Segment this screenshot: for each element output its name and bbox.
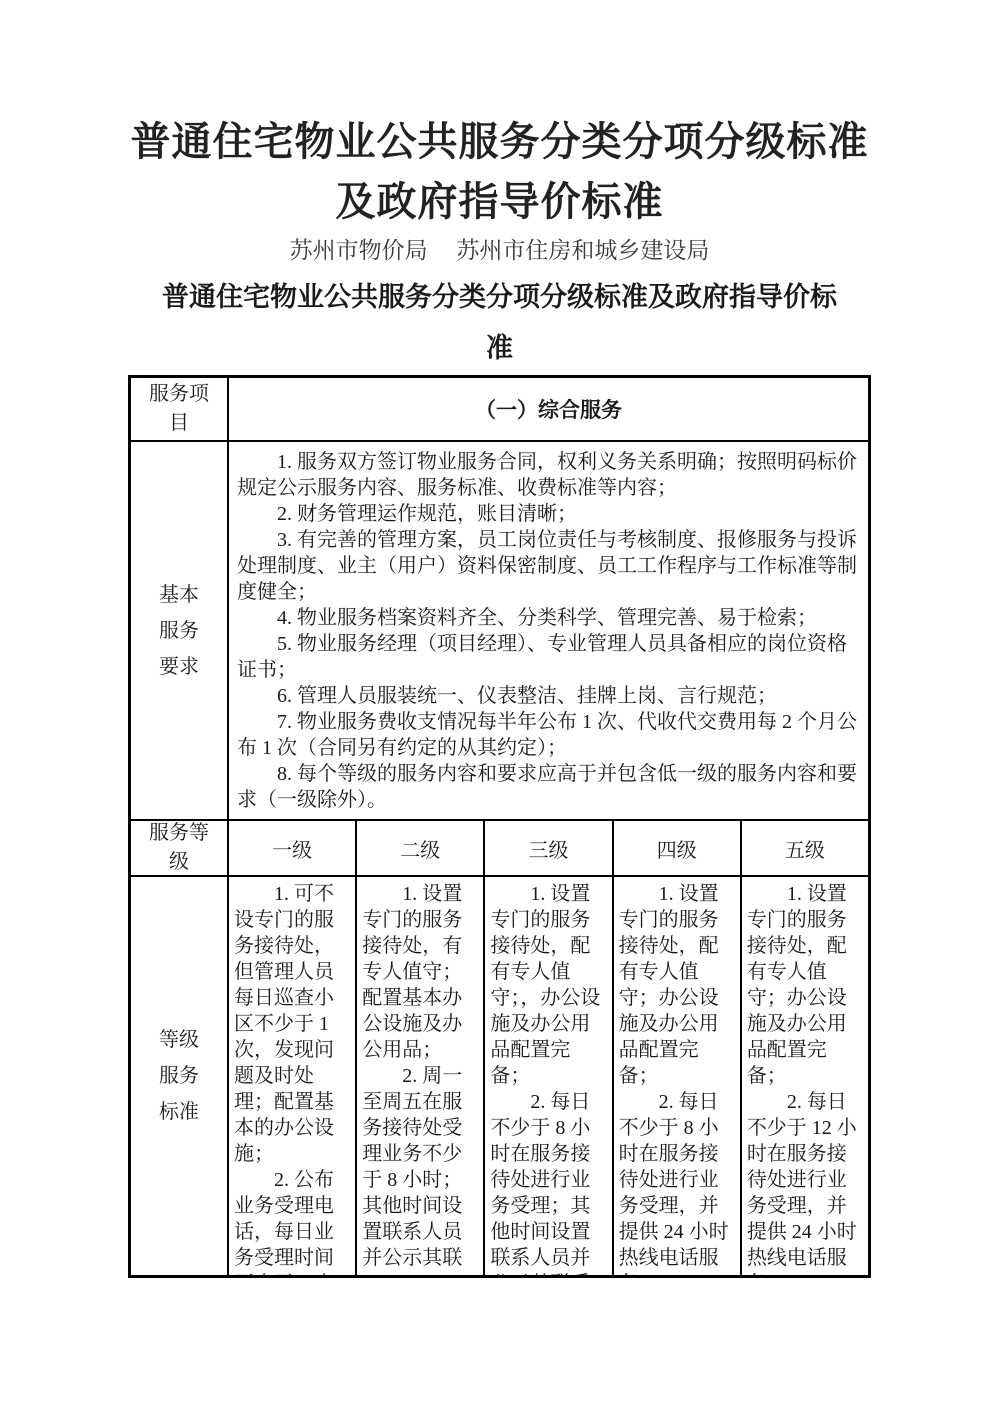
label-line: 标准	[159, 1094, 199, 1130]
level-header-5: 五级	[740, 821, 868, 875]
requirement-paragraph: 2. 财务管理运作规范，账目清晰；	[237, 501, 860, 527]
grade-standards-label: 等级 服务 标准	[131, 877, 227, 1275]
standard-paragraph: 1. 设置专门的服务接待处，配有专人值守；，办公设施及办公用品配置完备；	[490, 881, 606, 1089]
section-heading-line-1: 普通住宅物业公共服务分类分项分级标准及政府指导价标	[128, 272, 871, 323]
page-title: 普通住宅物业公共服务分类分项分级标准 及政府指导价标准	[128, 112, 871, 232]
grade-header-label: 服务等 级	[131, 821, 227, 875]
level-header-4: 四级	[612, 821, 740, 875]
label-line: 基本	[159, 577, 199, 613]
table-row-service-item: 服务项 目 （一）综合服务	[131, 378, 868, 440]
standard-paragraph: 2. 每日不少于 8 小时在服务接待处进行业务受理；其他时间设置联系人员并公示其…	[490, 1089, 606, 1275]
label-line: 服务等	[149, 819, 209, 848]
level-header-3: 三级	[483, 821, 611, 875]
table-row-grade-standards: 等级 服务 标准 1. 可不设专门的服务接待处，但管理人员每日巡查小区不少于 1…	[131, 875, 868, 1275]
standard-paragraph: 2. 公布业务受理电话，每日业务受理时间不少于 8 小	[234, 1167, 350, 1275]
level-header-2: 二级	[355, 821, 483, 875]
requirement-paragraph: 5. 物业服务经理（项目经理）、专业管理人员具备相应的岗位资格证书；	[237, 631, 860, 683]
standard-paragraph: 2. 每日不少于 12 小时在服务接待处进行业务受理，并提供 24 小时热线电话…	[747, 1089, 863, 1275]
standard-column-level-5: 1. 设置专门的服务接待处，配有专人值守；办公设施及办公用品配置完备； 2. 每…	[740, 877, 868, 1275]
standard-column-level-1: 1. 可不设专门的服务接待处，但管理人员每日巡查小区不少于 1 次，发现问题及时…	[227, 877, 355, 1275]
label-line: 级	[169, 848, 189, 877]
label-line: 服务项	[149, 380, 209, 409]
requirement-paragraph: 4. 物业服务档案资料齐全、分类科学、管理完善、易于检索；	[237, 605, 860, 631]
level-header-1: 一级	[227, 821, 355, 875]
issuing-agencies: 苏州市物价局 苏州市住房和城乡建设局	[128, 234, 871, 268]
standard-paragraph: 1. 设置专门的服务接待处，有专人值守；配置基本办公设施及办公用品；	[362, 881, 478, 1063]
standard-column-level-2: 1. 设置专门的服务接待处，有专人值守；配置基本办公设施及办公用品； 2. 周一…	[355, 877, 483, 1275]
standard-column-level-3: 1. 设置专门的服务接待处，配有专人值守；，办公设施及办公用品配置完备； 2. …	[483, 877, 611, 1275]
basic-requirements-label: 基本 服务 要求	[131, 442, 227, 819]
document-page: 普通住宅物业公共服务分类分项分级标准 及政府指导价标准 苏州市物价局 苏州市住房…	[0, 0, 993, 1278]
table-row-basic-requirements: 基本 服务 要求 1. 服务双方签订物业服务合同，权利义务关系明确；按照明码标价…	[131, 440, 868, 819]
standard-paragraph: 1. 设置专门的服务接待处，配有专人值守；办公设施及办公用品配置完备；	[619, 881, 735, 1089]
label-line: 服务	[159, 1058, 199, 1094]
requirement-paragraph: 8. 每个等级的服务内容和要求应高于并包含低一级的服务内容和要求（一级除外）。	[237, 761, 860, 813]
label-line: 要求	[159, 649, 199, 685]
standard-paragraph: 2. 每日不少于 8 小时在服务接待处进行业务受理，并提供 24 小时热线电话服…	[619, 1089, 735, 1275]
requirement-paragraph: 3. 有完善的管理方案，员工岗位责任与考核制度、报修服务与投诉处理制度、业主（用…	[237, 527, 860, 605]
basic-requirements-text: 1. 服务双方签订物业服务合同，权利义务关系明确；按照明码标价规定公示服务内容、…	[227, 442, 868, 819]
service-standards-table: 服务项 目 （一）综合服务 基本 服务 要求 1. 服务双方签订物业服务合同，权…	[128, 375, 871, 1278]
requirement-paragraph: 7. 物业服务费收支情况每半年公布 1 次、代收代交费用每 2 个月公布 1 次…	[237, 709, 860, 761]
section-heading: 普通住宅物业公共服务分类分项分级标准及政府指导价标 准	[128, 272, 871, 374]
title-line-1: 普通住宅物业公共服务分类分项分级标准	[128, 112, 871, 172]
category-title: （一）综合服务	[227, 378, 868, 440]
label-line: 服务	[159, 613, 199, 649]
requirement-paragraph: 1. 服务双方签订物业服务合同，权利义务关系明确；按照明码标价规定公示服务内容、…	[237, 449, 860, 501]
standard-paragraph: 2. 周一至周五在服务接待处受理业务不少于 8 小时；其他时间设置联系人员并公示…	[362, 1063, 478, 1271]
standard-column-level-4: 1. 设置专门的服务接待处，配有专人值守；办公设施及办公用品配置完备； 2. 每…	[612, 877, 740, 1275]
standard-paragraph: 1. 设置专门的服务接待处，配有专人值守；办公设施及办公用品配置完备；	[747, 881, 863, 1089]
standard-paragraph: 1. 可不设专门的服务接待处，但管理人员每日巡查小区不少于 1 次，发现问题及时…	[234, 881, 350, 1167]
title-line-2: 及政府指导价标准	[128, 172, 871, 232]
label-line: 等级	[159, 1022, 199, 1058]
label-line: 目	[169, 409, 189, 438]
requirement-paragraph: 6. 管理人员服装统一、仪表整洁、挂牌上岗、言行规范；	[237, 683, 860, 709]
service-item-label: 服务项 目	[131, 378, 227, 440]
table-row-grade-header: 服务等 级 一级 二级 三级 四级 五级	[131, 819, 868, 875]
section-heading-line-2: 准	[128, 323, 871, 374]
